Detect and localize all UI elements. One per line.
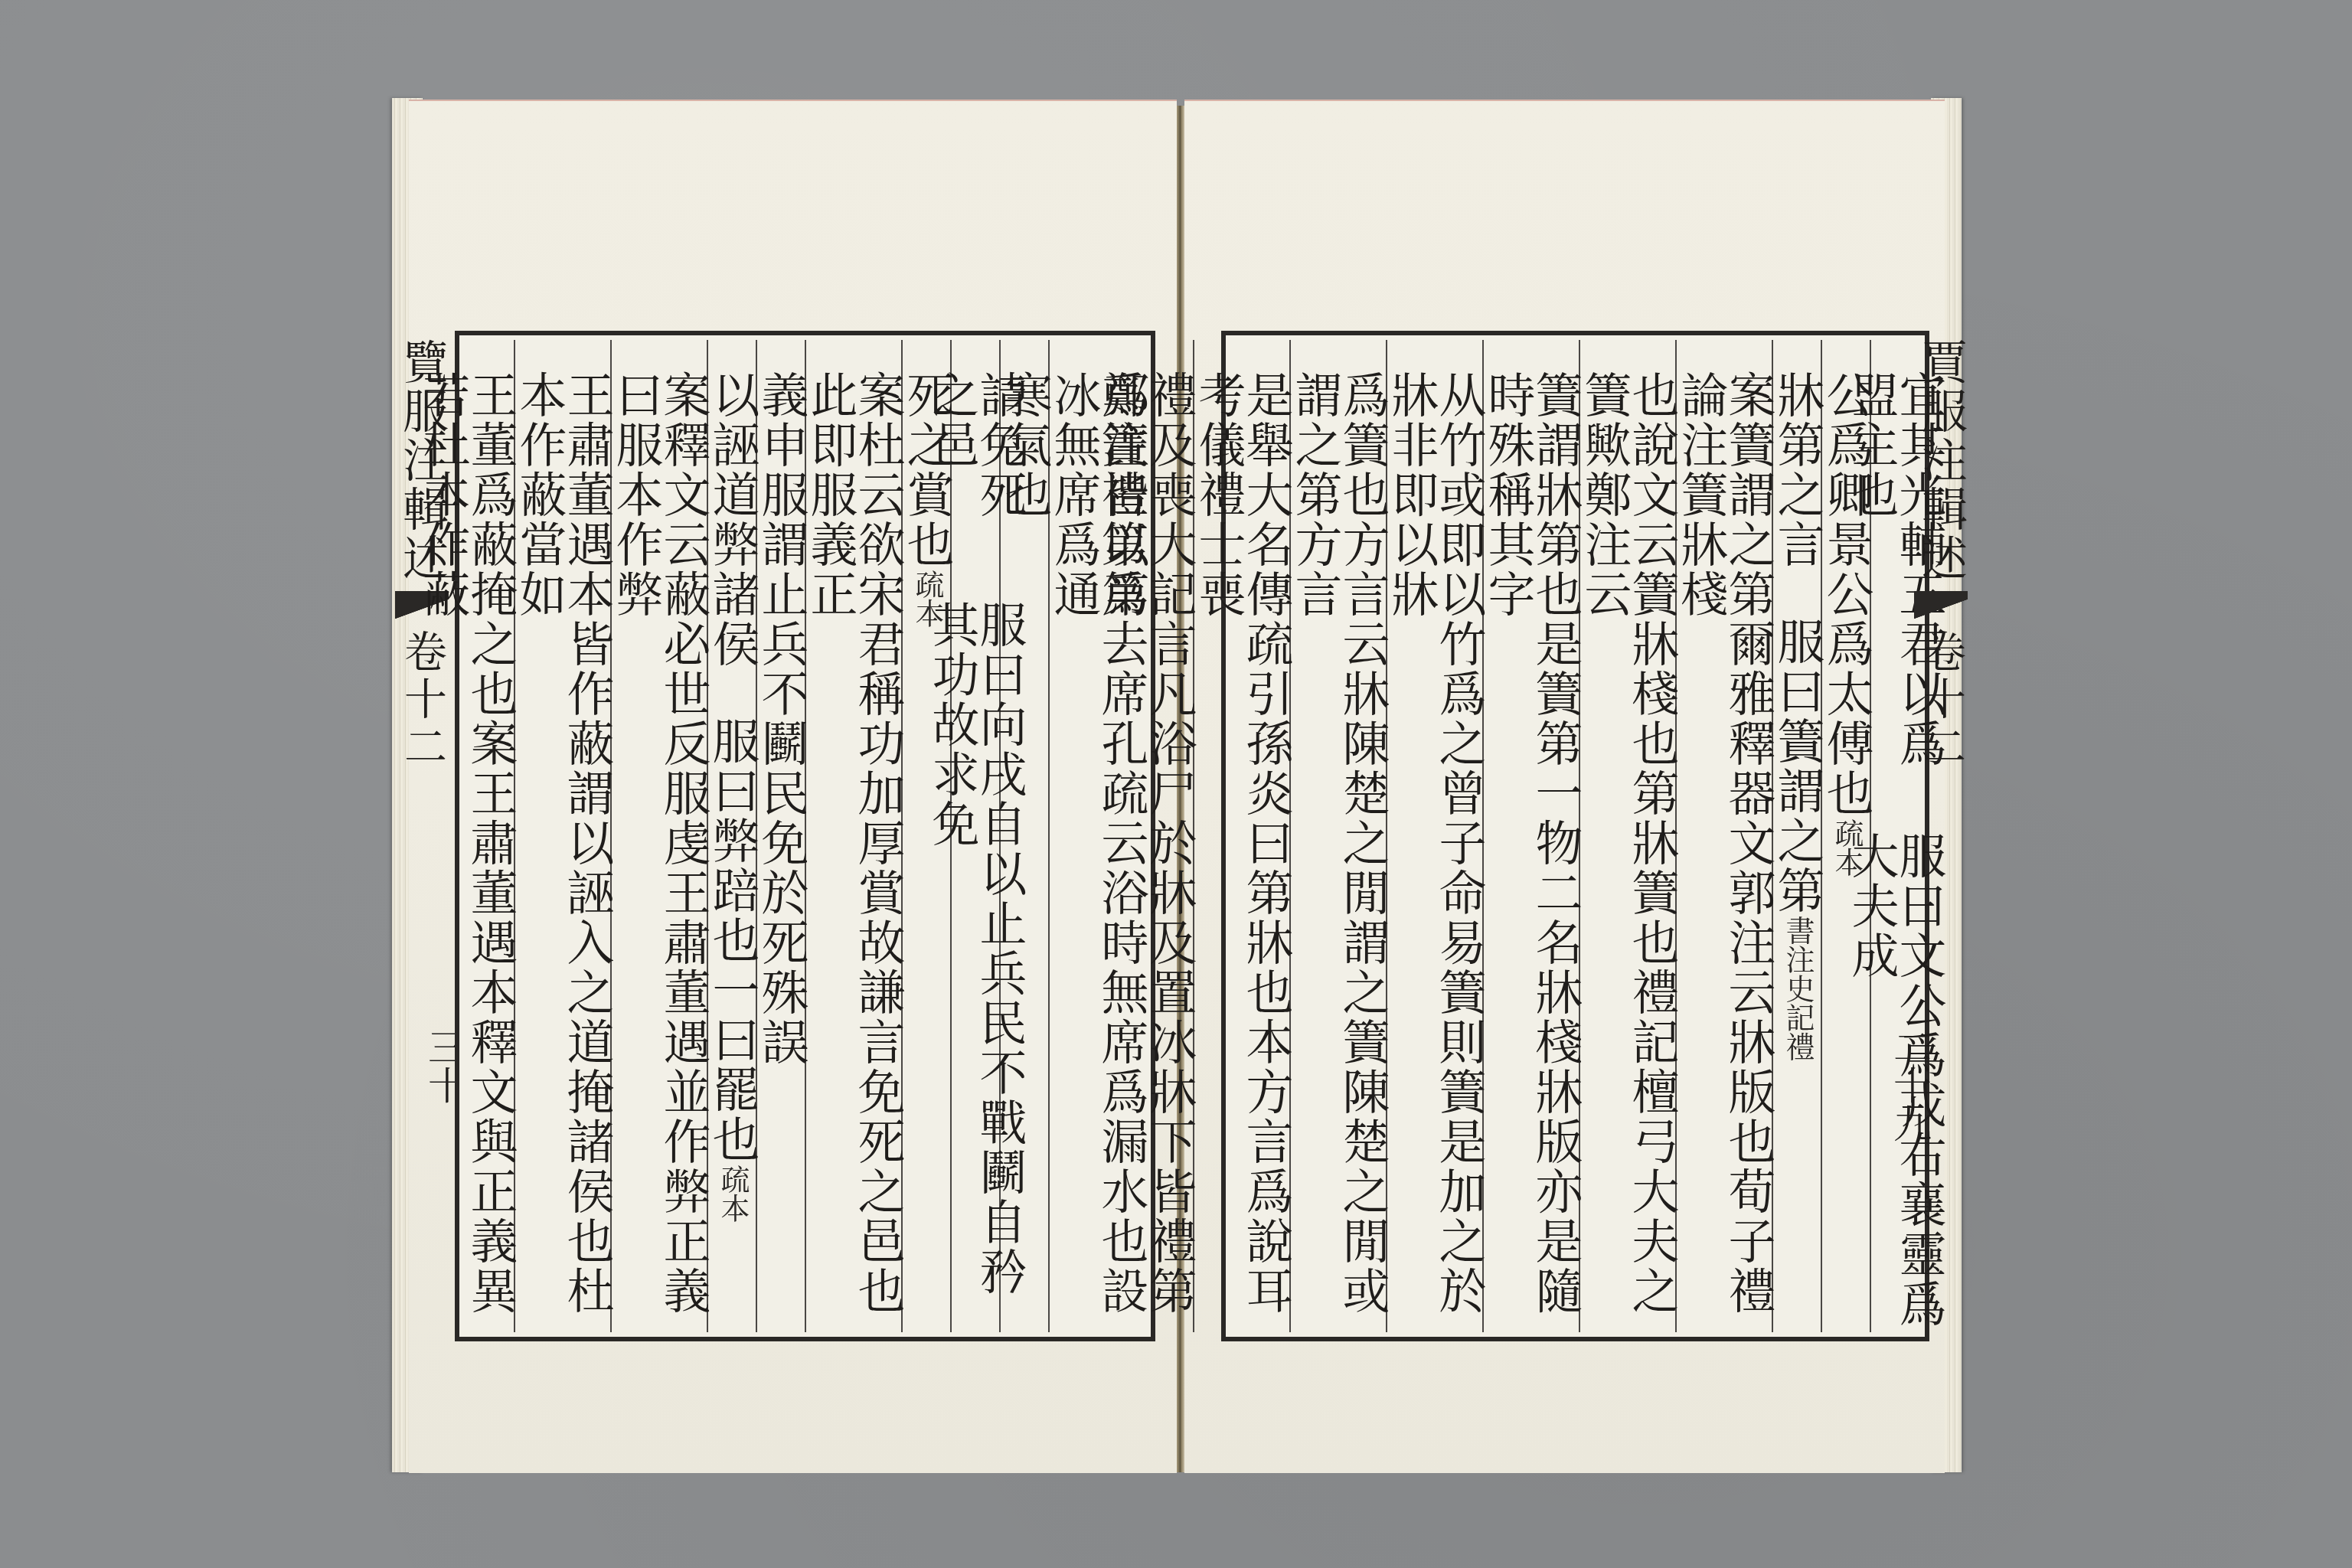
text-columns: 爲簀禮第爲去席孔疏云浴時無席爲漏水也設冰無席爲通寒氣也請免死之邑服曰向戌自以止兵… — [465, 340, 1145, 1332]
text-column: 从竹或即以竹爲之曾子命易簀則簀是加之於牀非即以牀 — [1386, 340, 1482, 1332]
right-page: 宜其光輔五君以爲盟主也服曰文公爲戎右襄靈爲大夫成公爲卿景公爲太傅也本疏牀第之言服… — [1184, 100, 1945, 1473]
annotation-line: 本 — [1831, 848, 1861, 877]
text-column: 王肅董遇本皆作蔽謂以誣入之道掩諸侯也杜本作蔽當如 — [514, 340, 610, 1332]
open-book: 覽服注輯述 卷十二 三十 爲簀禮第爲去席孔疏云浴時無席爲漏水也設冰無席爲通寒氣也… — [392, 90, 1962, 1476]
column-text: 案杜云欲宋君稱功加厚賞故謙言免死之邑也此即服義正 — [806, 371, 901, 1332]
text-column: 簀謂牀第也是簀第一物二名牀棧牀版亦是隨時殊稱其字 — [1482, 340, 1579, 1332]
text-column: 公爲卿景公爲太傅也本疏 — [1821, 340, 1870, 1332]
fishtail-ornament — [1914, 591, 1968, 622]
annotation-line: 史記禮 — [1782, 974, 1812, 1061]
text-frame: 宜其光輔五君以爲盟主也服曰文公爲戎右襄靈爲大夫成公爲卿景公爲太傅也本疏牀第之言服… — [1221, 331, 1929, 1341]
column-text: 爲簀也方言云牀陳楚之閒謂之簀陳楚之閒或謂之第方言 — [1291, 371, 1386, 1332]
source-annotation: 本疏 — [717, 1165, 747, 1223]
column-text: 王肅董遇本皆作蔽謂以誣入之道掩諸侯也杜本作蔽當如 — [515, 371, 610, 1332]
column-text: 案釋文云蔽必世反服虔王肅董遇並作弊正義曰服本作弊 — [612, 371, 707, 1332]
text-frame: 爲簀禮第爲去席孔疏云浴時無席爲漏水也設冰無席爲通寒氣也請免死之邑服曰向戌自以止兵… — [455, 331, 1155, 1341]
annotation-line: 疏 — [1831, 818, 1861, 848]
text-column: 王董爲蔽掩之也案王肅董遇本釋文與正義異若杜本作蔽 — [419, 340, 514, 1332]
annotation-line: 疏 — [911, 570, 942, 599]
column-text: 也說文云簀牀棧也第牀簀也禮記檀弓大夫之簀歟鄭注云 — [1580, 371, 1675, 1332]
column-text: 義申服謂止兵不鬬民免於死殊誤 — [757, 371, 805, 1067]
source-annotation: 本疏 — [1831, 818, 1861, 877]
text-column: 是舉大名傳疏引孫炎曰第牀也本方言爲說耳考儀禮士喪 — [1193, 340, 1289, 1332]
text-column: 義申服謂止兵不鬬民免於死殊誤 — [756, 340, 805, 1332]
column-text: 服曰簀謂之第 — [1773, 617, 1821, 916]
text-columns: 宜其光輔五君以爲盟主也服曰文公爲戎右襄靈爲大夫成公爲卿景公爲太傅也本疏牀第之言服… — [1232, 340, 1919, 1332]
banxin-title: 賈服注輯述 — [1918, 338, 1964, 583]
left-page: 覽服注輯述 卷十二 三十 爲簀禮第爲去席孔疏云浴時無席爲漏水也設冰無席爲通寒氣也… — [409, 100, 1177, 1473]
text-column: 以誣道弊諸侯服曰弊踣也一曰罷也本疏 — [707, 340, 756, 1332]
text-column: 案杜云欲宋君稱功加厚賞故謙言免死之邑也此即服義正 — [805, 340, 901, 1332]
column-text: 服曰弊踣也一曰罷也 — [708, 717, 756, 1165]
text-column: 請免死之邑服曰向戌自以止兵民不戰鬬自矜其功故求免 — [950, 340, 999, 1332]
column-text: 以誣道弊諸侯 — [708, 371, 756, 669]
column-text: 死之賞也 — [903, 371, 950, 570]
text-column: 案簀謂之第爾雅釋器文郭注云牀版也荀子禮論注簀牀棧 — [1675, 340, 1772, 1332]
banxin-volume: 卷十二 — [1910, 629, 1971, 772]
annotation-line: 疏 — [717, 1165, 747, 1194]
source-annotation: 本疏 — [911, 570, 942, 628]
page-number: 二十九 — [1882, 1027, 1937, 1142]
annotation-line: 書注 — [1782, 916, 1812, 974]
column-text: 案簀謂之第爾雅釋器文郭注云牀版也荀子禮論注簀牀棧 — [1677, 371, 1772, 1332]
text-column: 宜其光輔五君以爲盟主也服曰文公爲戎右襄靈爲大夫成 — [1870, 340, 1919, 1332]
source-annotation: 史記禮書注 — [1782, 916, 1812, 1061]
column-text: 公爲卿景公爲太傅也 — [1822, 371, 1870, 818]
right-banxin: 賈服注輯述 卷十二 — [1914, 323, 1968, 1012]
column-text: 牀第之言 — [1773, 371, 1821, 570]
annotation-line: 本 — [717, 1194, 747, 1223]
column-text: 禮及喪大記言凡浴尸於牀及置冰牀下皆禮第鄭注皆以第 — [1098, 371, 1193, 1332]
column-text: 从竹或即以竹爲之曾子命易簀則簀是加之於牀非即以牀 — [1387, 371, 1482, 1332]
column-text: 簀謂牀第也是簀第一物二名牀棧牀版亦是隨時殊稱其字 — [1484, 371, 1579, 1332]
text-column: 死之賞也本疏 — [901, 340, 950, 1332]
column-text: 王董爲蔽掩之也案王肅董遇本釋文與正義異若杜本作蔽 — [419, 371, 514, 1332]
text-column: 爲簀也方言云牀陳楚之閒謂之簀陳楚之閒或謂之第方言 — [1289, 340, 1386, 1332]
text-column: 也說文云簀牀棧也第牀簀也禮記檀弓大夫之簀歟鄭注云 — [1579, 340, 1675, 1332]
text-column: 牀第之言服曰簀謂之第史記禮書注 — [1772, 340, 1821, 1332]
annotation-line: 本 — [911, 599, 942, 628]
text-column: 案釋文云蔽必世反服虔王肅董遇並作弊正義曰服本作弊 — [610, 340, 707, 1332]
text-column: 禮及喪大記言凡浴尸於牀及置冰牀下皆禮第鄭注皆以第 — [1098, 340, 1193, 1332]
column-text: 是舉大名傳疏引孫炎曰第牀也本方言爲說耳考儀禮士喪 — [1194, 371, 1289, 1332]
